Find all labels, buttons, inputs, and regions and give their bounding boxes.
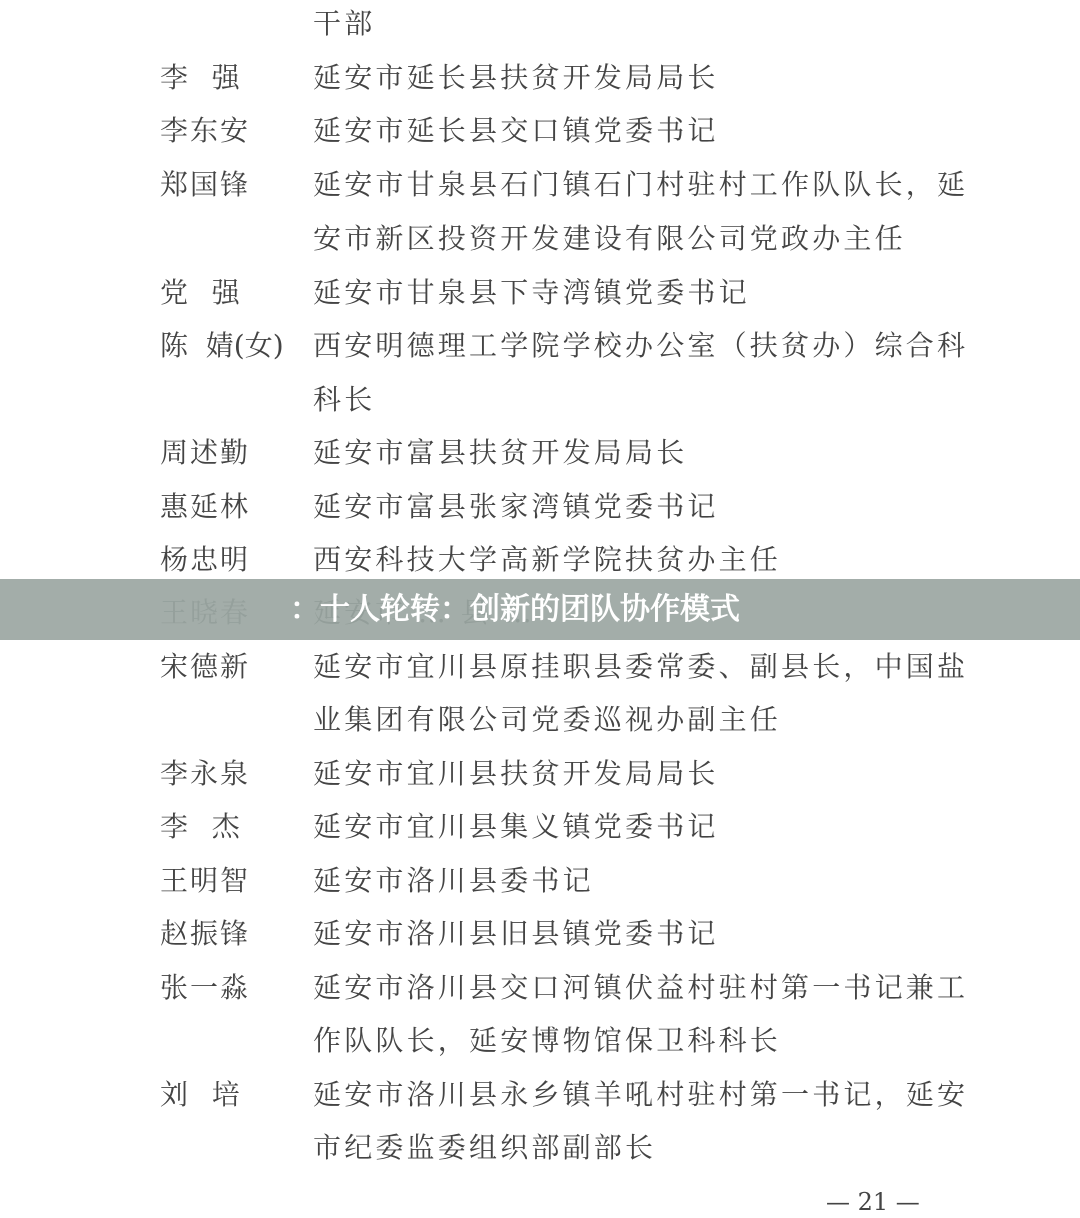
entry-name: 李东安 [160, 111, 250, 151]
entry-line: 安市新区投资开发建设有限公司党政办主任 [313, 219, 906, 259]
entry-row: 李永泉 延安市宜川县扶贫开发局局长 [0, 754, 1080, 794]
entry-line: 延安市宜川县原挂职县委常委、副县长，中国盐 [313, 647, 968, 687]
entry-line: 延安市洛川县永乡镇羊吼村驻村第一书记，延安 [313, 1075, 968, 1115]
entry-name: 郑国锋 [160, 165, 250, 205]
entry-row: 惠延林 延安市富县张家湾镇党委书记 [0, 487, 1080, 527]
entry-name: 李永泉 [160, 754, 250, 794]
entry-line: 科长 [313, 380, 375, 420]
continuation-row: 干部 [0, 4, 1080, 44]
entry-row: 郑国锋 延安市甘泉县石门镇石门村驻村工作队队长，延 [0, 165, 1080, 205]
entry-name: 宋德新 [160, 647, 250, 687]
entry-row: 周述勤 延安市富县扶贫开发局局长 [0, 433, 1080, 473]
entry-line: 延安市洛川县旧县镇党委书记 [313, 914, 719, 954]
entry-row: 赵振锋 延安市洛川县旧县镇党委书记 [0, 914, 1080, 954]
entry-name: 陈 婧(女) [160, 326, 284, 366]
entry-row: 党 强 延安市甘泉县下寺湾镇党委书记 [0, 273, 1080, 313]
entry-name: 刘 培 [160, 1075, 242, 1115]
banner-title: ：十人轮转：创新的团队协作模式 [290, 579, 740, 640]
entry-line: 延安市甘泉县石门镇石门村驻村工作队队长，延 [313, 165, 968, 205]
entry-line: 延安市延长县扶贫开发局局长 [313, 58, 719, 98]
entry-name: 党 强 [160, 273, 242, 313]
entry-row: 李 强 延安市延长县扶贫开发局局长 [0, 58, 1080, 98]
entry-name: 惠延林 [160, 487, 250, 527]
entry-name: 赵振锋 [160, 914, 250, 954]
entry-line: 市纪委监委组织部副部长 [313, 1128, 656, 1168]
entry-name: 周述勤 [160, 433, 250, 473]
page-number: — 21 — [826, 1186, 920, 1218]
entry-line: 延安市延长县交口镇党委书记 [313, 111, 719, 151]
overlay-title-banner: ：十人轮转：创新的团队协作模式 [0, 579, 1080, 640]
entry-line: 延安市洛川县委书记 [313, 861, 594, 901]
entry-row: 杨忠明 西安科技大学高新学院扶贫办主任 [0, 540, 1080, 580]
entry-line: 延安市富县张家湾镇党委书记 [313, 487, 719, 527]
entry-row-continued: 科长 [0, 380, 1080, 420]
entry-row: 张一淼 延安市洛川县交口河镇伏益村驻村第一书记兼工 [0, 968, 1080, 1008]
entry-row: 李 杰 延安市宜川县集义镇党委书记 [0, 807, 1080, 847]
entry-row: 王明智 延安市洛川县委书记 [0, 861, 1080, 901]
entry-line: 延安市洛川县交口河镇伏益村驻村第一书记兼工 [313, 968, 968, 1008]
entry-row-continued: 安市新区投资开发建设有限公司党政办主任 [0, 219, 1080, 259]
entry-name: 李 强 [160, 58, 242, 98]
entry-line: 延安市宜川县扶贫开发局局长 [313, 754, 719, 794]
entry-line: 干部 [313, 4, 375, 44]
entry-line: 作队队长，延安博物馆保卫科科长 [313, 1021, 781, 1061]
entry-row-continued: 作队队长，延安博物馆保卫科科长 [0, 1021, 1080, 1061]
entry-name: 杨忠明 [160, 540, 250, 580]
entry-row: 刘 培 延安市洛川县永乡镇羊吼村驻村第一书记，延安 [0, 1075, 1080, 1115]
entry-line: 西安明德理工学院学校办公室（扶贫办）综合科 [313, 326, 968, 366]
entry-row-continued: 业集团有限公司党委巡视办副主任 [0, 700, 1080, 740]
entry-line: 业集团有限公司党委巡视办副主任 [313, 700, 781, 740]
entry-row: 宋德新 延安市宜川县原挂职县委常委、副县长，中国盐 [0, 647, 1080, 687]
entry-line: 西安科技大学高新学院扶贫办主任 [313, 540, 781, 580]
entry-name: 张一淼 [160, 968, 250, 1008]
entry-row: 陈 婧(女) 西安明德理工学院学校办公室（扶贫办）综合科 [0, 326, 1080, 366]
entry-line: 延安市富县扶贫开发局局长 [313, 433, 687, 473]
entry-line: 延安市甘泉县下寺湾镇党委书记 [313, 273, 750, 313]
entry-row-continued: 市纪委监委组织部副部长 [0, 1128, 1080, 1168]
entry-line: 延安市宜川县集义镇党委书记 [313, 807, 719, 847]
entry-name: 李 杰 [160, 807, 242, 847]
entry-row: 李东安 延安市延长县交口镇党委书记 [0, 111, 1080, 151]
entry-name: 王明智 [160, 861, 250, 901]
